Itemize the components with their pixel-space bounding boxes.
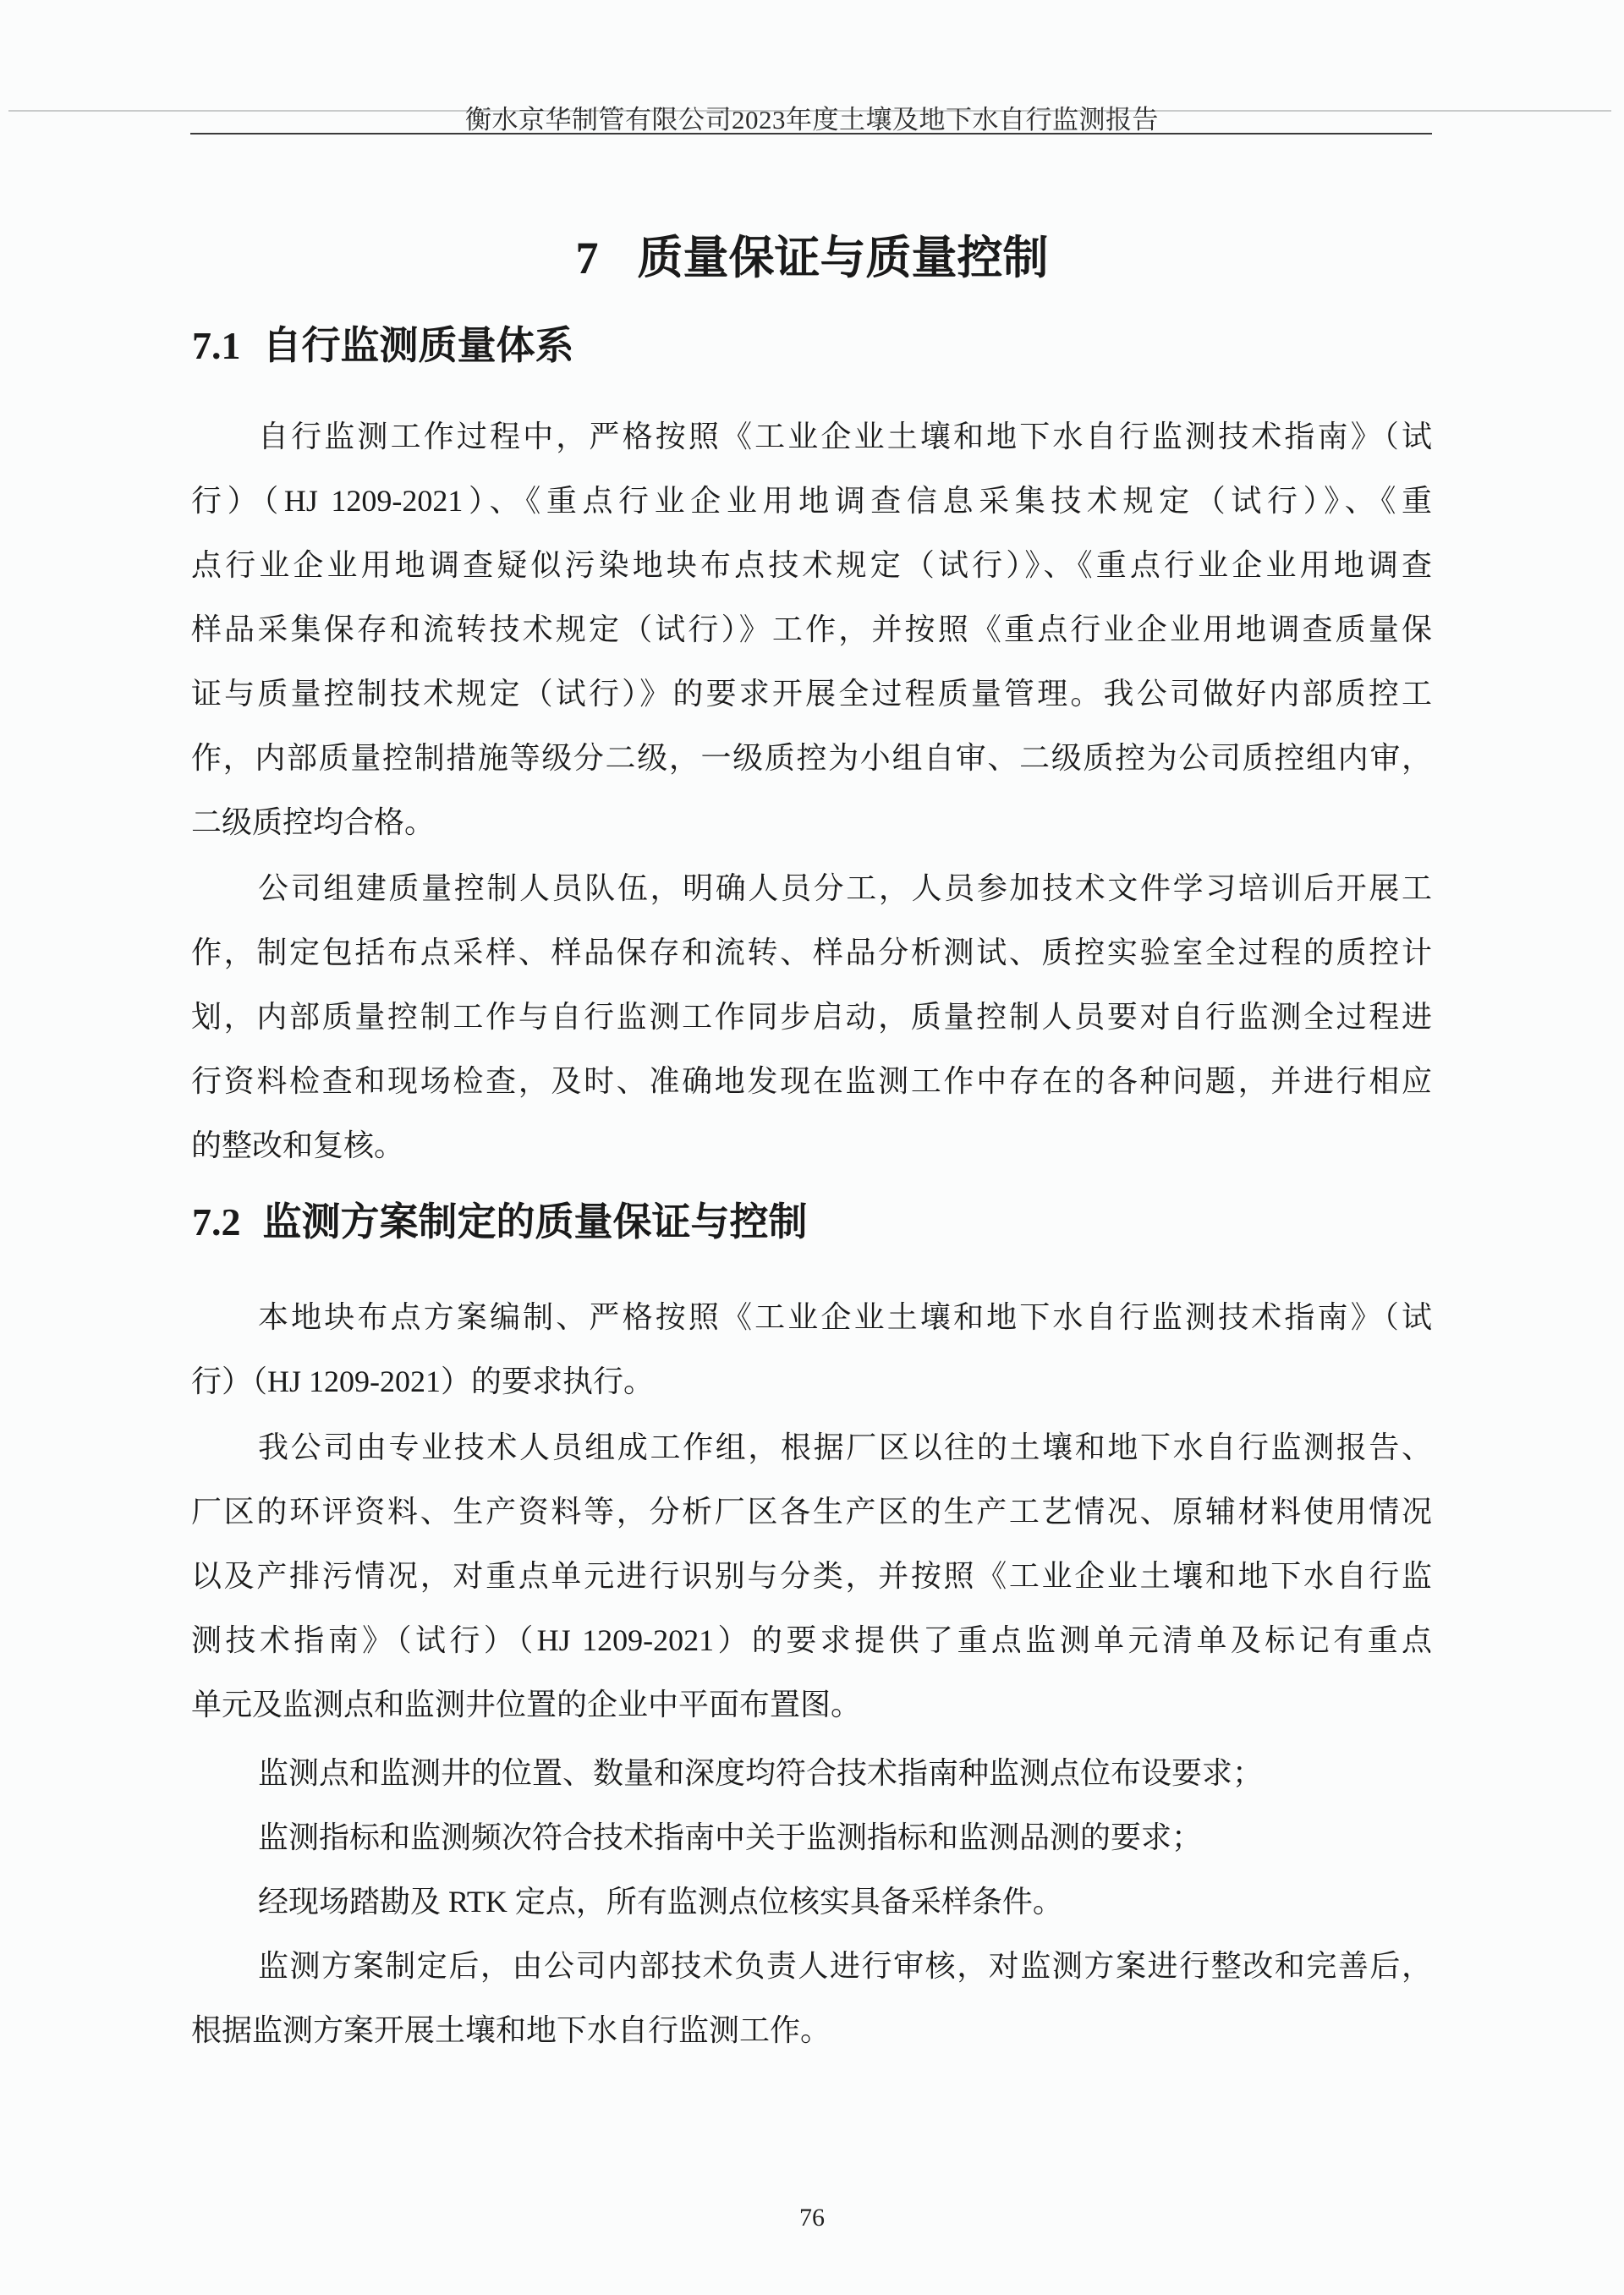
section-title: 自行监测质量体系 bbox=[263, 323, 574, 367]
text-line: 行）（HJ 1209-2021）、《重点行业企业用地调查信息采集技术规定（试行）… bbox=[191, 469, 1432, 533]
paragraph-rtk-survey: 经现场踏勘及 RTK 定点，所有监测点位核实具备采样条件。 bbox=[191, 1869, 1432, 1934]
paragraph-quality-system: 自行监测工作过程中，严格按照《工业企业土壤和地下水自行监测技术指南》（试 行）（… bbox=[191, 404, 1432, 854]
section-number: 7.1 bbox=[192, 324, 241, 367]
text-line: 的整改和复核。 bbox=[191, 1113, 1432, 1178]
text-line: 厂区的环评资料、生产资料等，分析厂区各生产区的生产工艺情况、原辅材料使用情况 bbox=[191, 1480, 1432, 1544]
text-line: 单元及监测点和监测井位置的企业中平面布置图。 bbox=[191, 1672, 1432, 1737]
running-header: 衡水京华制管有限公司2023年度土壤及地下水自行监测报告 bbox=[0, 103, 1624, 137]
text-line: 测技术指南》（试行）（HJ 1209-2021）的要求提供了重点监测单元清单及标… bbox=[191, 1608, 1432, 1672]
text-line: 我公司由专业技术人员组成工作组，根据厂区以往的土壤和地下水自行监测报告、 bbox=[258, 1415, 1432, 1480]
text-line: 自行监测工作过程中，严格按照《工业企业土壤和地下水自行监测技术指南》（试 bbox=[258, 404, 1432, 469]
text-line: 行资料检查和现场检查，及时、准确地发现在监测工作中存在的各种问题，并进行相应 bbox=[191, 1049, 1432, 1113]
text-line: 行）（HJ 1209-2021）的要求执行。 bbox=[191, 1349, 1432, 1414]
text-line: 以及产排污情况，对重点单元进行识别与分类，并按照《工业企业土壤和地下水自行监 bbox=[191, 1544, 1432, 1608]
text-line: 点行业企业用地调查疑似污染地块布点技术规定（试行）》、《重点行业企业用地调查 bbox=[191, 533, 1432, 597]
text-line: 公司组建质量控制人员队伍，明确人员分工，人员参加技术文件学习培训后开展工 bbox=[258, 856, 1432, 920]
text-line: 根据监测方案开展土壤和地下水自行监测工作。 bbox=[191, 1998, 1432, 2062]
section-number: 7.2 bbox=[192, 1200, 241, 1244]
section-heading-7-1: 7.1自行监测质量体系 bbox=[192, 320, 574, 371]
text-line: 划，内部质量控制工作与自行监测工作同步启动，质量控制人员要对自行监测全过程进 bbox=[191, 985, 1432, 1049]
paragraph-quality-team: 公司组建质量控制人员队伍，明确人员分工，人员参加技术文件学习培训后开展工 作，制… bbox=[191, 856, 1432, 1178]
chapter-title: 7质量保证与质量控制 bbox=[0, 230, 1624, 286]
text-line: 监测点和监测井的位置、数量和深度均符合技术指南种监测点位布设要求； bbox=[258, 1741, 1432, 1805]
section-title: 监测方案制定的质量保证与控制 bbox=[263, 1200, 808, 1244]
text-line: 监测方案制定后，由公司内部技术负责人进行审核，对监测方案进行整改和完善后， bbox=[258, 1934, 1432, 1998]
text-line: 本地块布点方案编制、严格按照《工业企业土壤和地下水自行监测技术指南》（试 bbox=[258, 1285, 1432, 1349]
chapter-title-text: 质量保证与质量控制 bbox=[638, 233, 1049, 283]
text-line: 经现场踏勘及 RTK 定点，所有监测点位核实具备采样条件。 bbox=[258, 1869, 1432, 1934]
text-line: 作，制定包括布点采样、样品保存和流转、样品分析测试、质控实验室全过程的质控计 bbox=[191, 920, 1432, 985]
paragraph-work-group: 我公司由专业技术人员组成工作组，根据厂区以往的土壤和地下水自行监测报告、 厂区的… bbox=[191, 1415, 1432, 1737]
text-line: 样品采集保存和流转技术规定（试行）》工作，并按照《重点行业企业用地调查质量保 bbox=[191, 597, 1432, 662]
text-line: 二级质控均合格。 bbox=[191, 790, 1432, 854]
paragraph-plan-review: 监测方案制定后，由公司内部技术负责人进行审核，对监测方案进行整改和完善后， 根据… bbox=[191, 1934, 1432, 2062]
text-line: 监测指标和监测频次符合技术指南中关于监测指标和监测品测的要求； bbox=[258, 1805, 1432, 1869]
paragraph-indicators: 监测指标和监测频次符合技术指南中关于监测指标和监测品测的要求； bbox=[191, 1805, 1432, 1869]
page-number: 76 bbox=[0, 2203, 1624, 2233]
chapter-number: 7 bbox=[576, 233, 599, 283]
text-line: 作，内部质量控制措施等级分二级，一级质控为小组自审、二级质控为公司质控组内审， bbox=[191, 726, 1432, 790]
paragraph-point-location: 监测点和监测井的位置、数量和深度均符合技术指南种监测点位布设要求； bbox=[191, 1741, 1432, 1805]
paragraph-plan-compilation: 本地块布点方案编制、严格按照《工业企业土壤和地下水自行监测技术指南》（试 行）（… bbox=[191, 1285, 1432, 1414]
text-line: 证与质量控制技术规定（试行）》的要求开展全过程质量管理。我公司做好内部质控工 bbox=[191, 662, 1432, 726]
section-heading-7-2: 7.2监测方案制定的质量保证与控制 bbox=[192, 1196, 808, 1247]
header-rule bbox=[190, 133, 1432, 135]
